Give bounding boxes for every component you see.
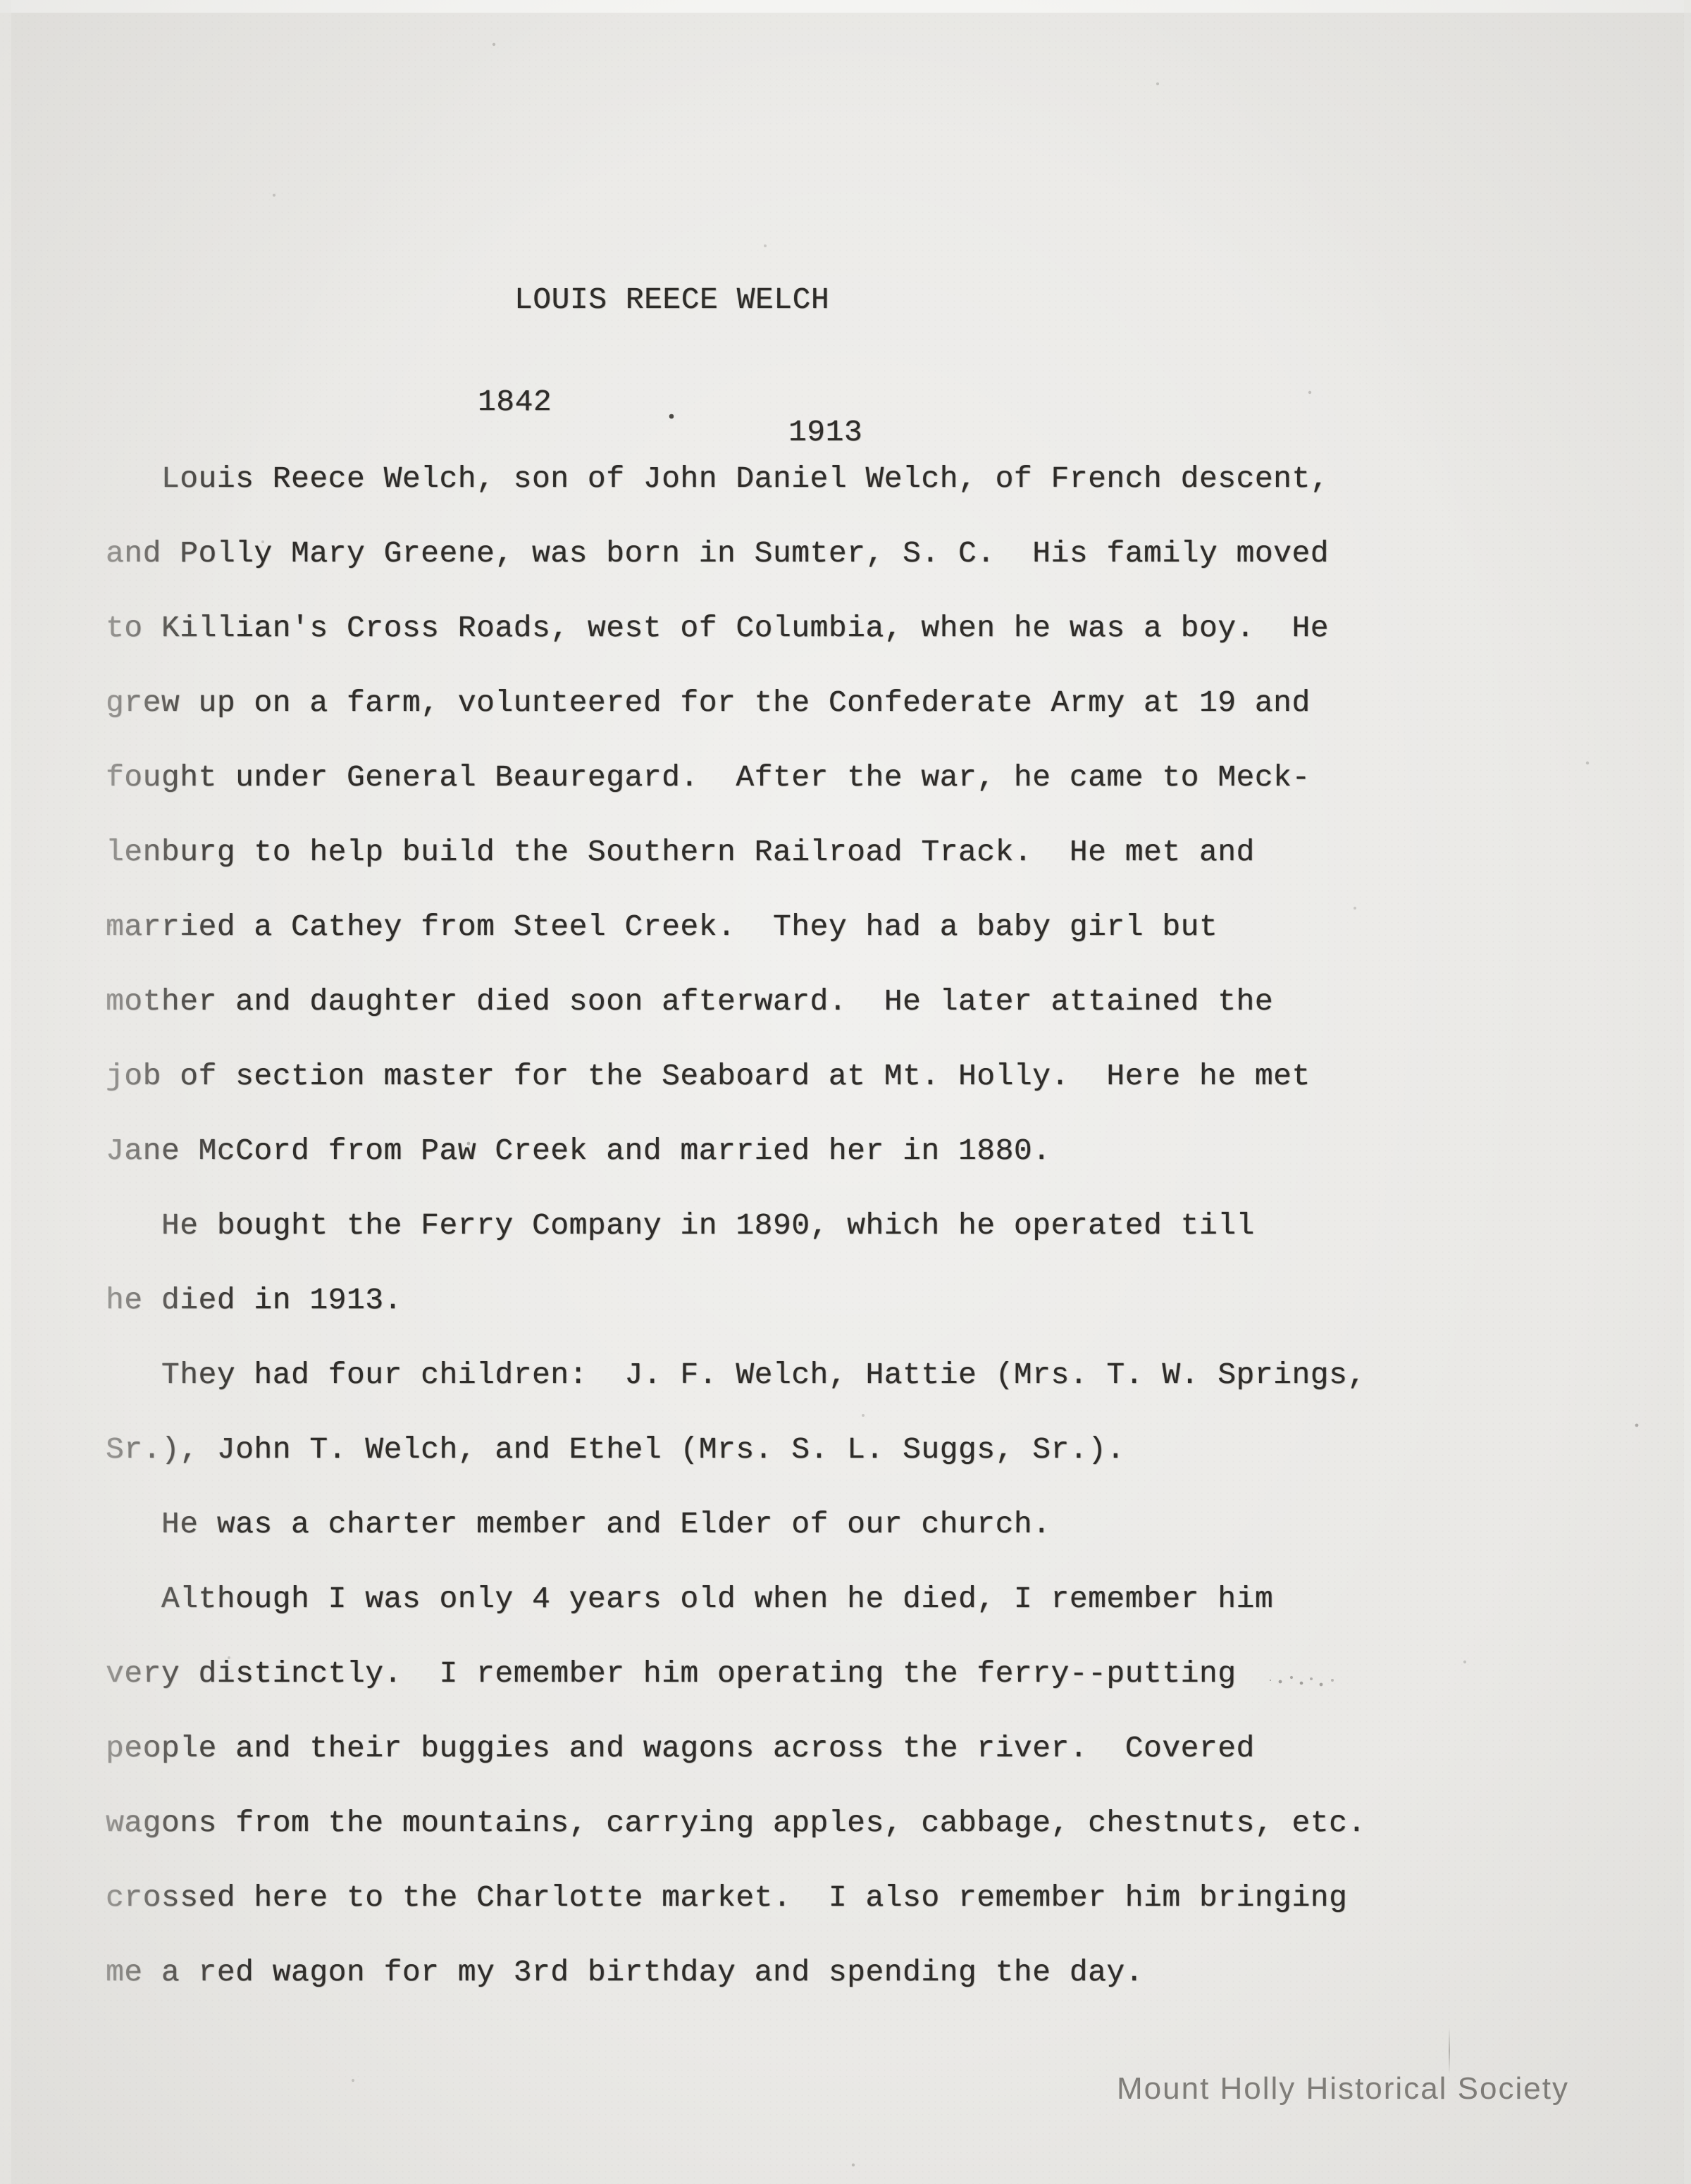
scan-edge-top (0, 0, 1691, 13)
text-line: fought under General Beauregard. After t… (106, 740, 1585, 815)
text-line: married a Cathey from Steel Creek. They … (106, 890, 1585, 964)
text-line: wagons from the mountains, carrying appl… (106, 1786, 1585, 1861)
scanned-document-page: LOUIS REECE WELCH 1842 1913 Louis Reece … (0, 0, 1691, 2184)
watermark-text: Mount Holly Historical Society (1117, 2071, 1569, 2107)
document-body: Louis Reece Welch, son of John Daniel We… (106, 442, 1585, 2010)
ink-smudge (1270, 1680, 1271, 1681)
text-line: mother and daughter died soon afterward.… (106, 964, 1585, 1039)
text-line: He was a charter member and Elder of our… (106, 1487, 1585, 1562)
text-line: to Killian's Cross Roads, west of Columb… (106, 591, 1585, 666)
text-line: lenburg to help build the Southern Railr… (106, 815, 1585, 890)
text-line: grew up on a farm, volunteered for the C… (106, 666, 1585, 740)
text-line: Louis Reece Welch, son of John Daniel We… (106, 442, 1585, 516)
text-line: They had four children: J. F. Welch, Hat… (106, 1338, 1585, 1413)
text-line: people and their buggies and wagons acro… (106, 1711, 1585, 1786)
text-line: Jane McCord from Paw Creek and married h… (106, 1114, 1585, 1189)
scan-edge-right (1684, 0, 1691, 2184)
text-line: and Polly Mary Greene, was born in Sumte… (106, 516, 1585, 591)
text-line: Although I was only 4 years old when he … (106, 1562, 1585, 1637)
document-title: LOUIS REECE WELCH (514, 285, 829, 315)
scan-edge-left (0, 0, 11, 2184)
birth-year: 1842 (478, 387, 552, 417)
text-line: He bought the Ferry Company in 1890, whi… (106, 1189, 1585, 1263)
text-line: Sr.), John T. Welch, and Ethel (Mrs. S. … (106, 1413, 1585, 1487)
text-line: me a red wagon for my 3rd birthday and s… (106, 1935, 1585, 2010)
text-line: job of section master for the Seaboard a… (106, 1039, 1585, 1114)
scan-crease (1449, 2028, 1450, 2074)
text-line: he died in 1913. (106, 1263, 1585, 1338)
text-line: very distinctly. I remember him operatin… (106, 1637, 1585, 1711)
text-line: crossed here to the Charlotte market. I … (106, 1861, 1585, 1935)
